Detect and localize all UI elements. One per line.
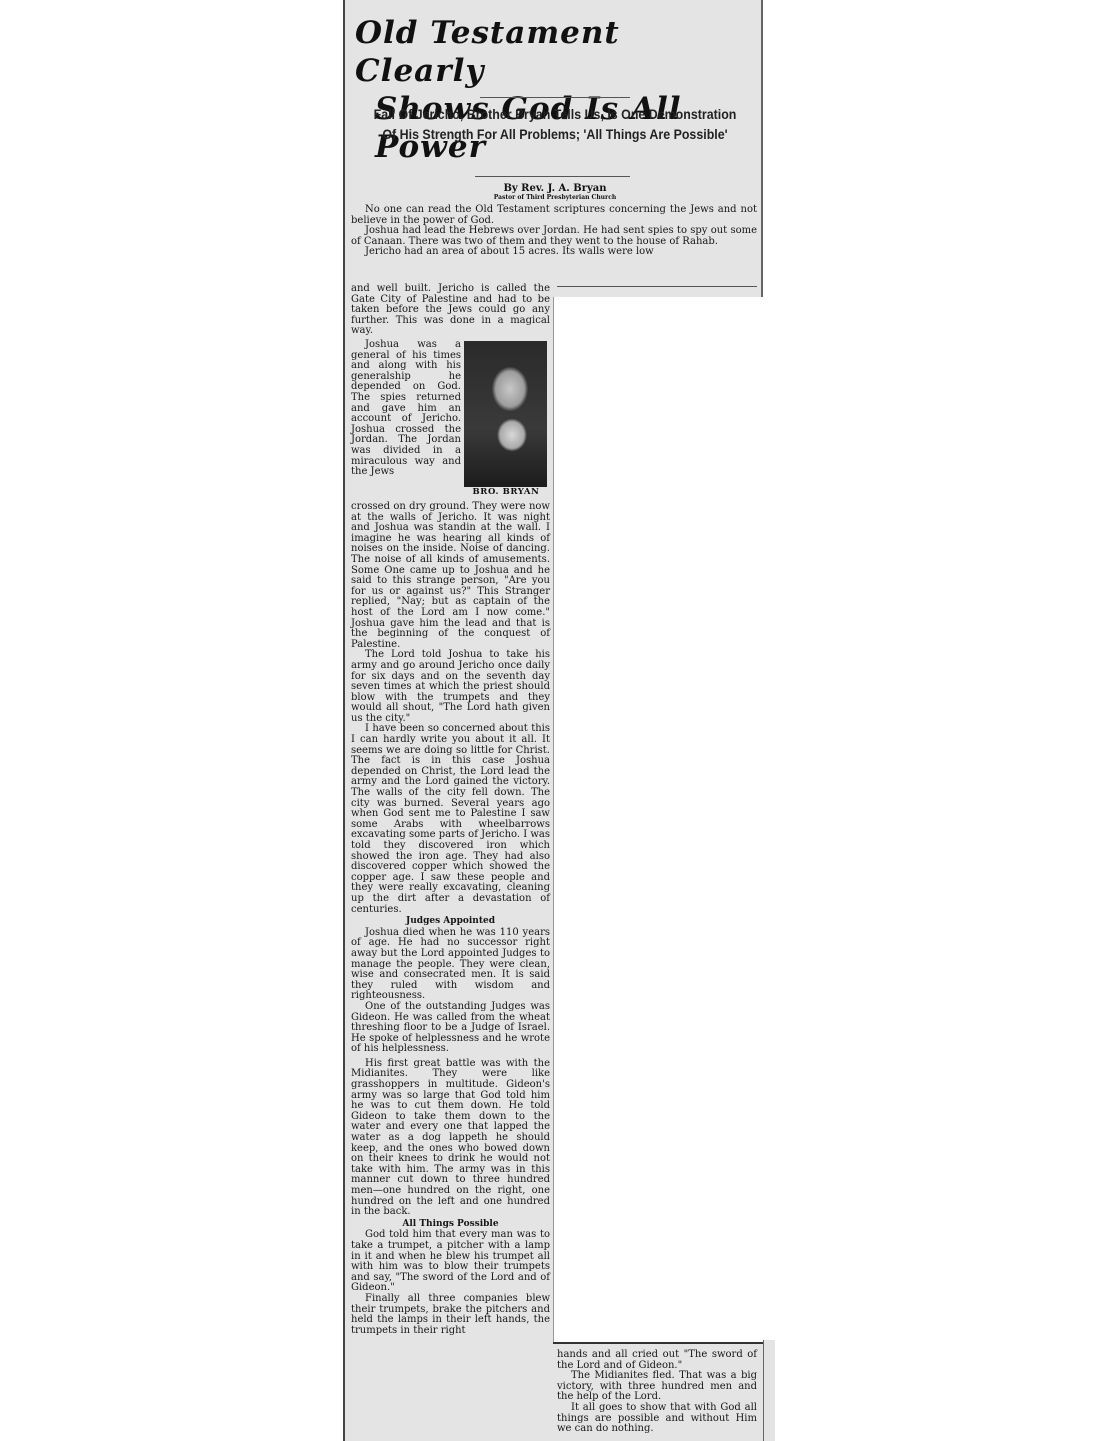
paragraph: His first great battle was with the Midi…: [351, 1059, 550, 1218]
subhead-judges: Judges Appointed: [351, 916, 550, 927]
col2-text: hands and all cried out "The sword of th…: [557, 1350, 757, 1435]
paragraph: It all goes to show that with God all th…: [557, 1403, 757, 1435]
paragraph: I have been so concerned about this I ca…: [351, 724, 550, 915]
subhead-all-things: All Things Possible: [351, 1219, 550, 1230]
paragraph: Joshua was a general of his times and al…: [351, 340, 461, 478]
author-photo: BRO. BRYAN: [464, 341, 547, 488]
intro-text: No one can read the Old Testament script…: [351, 205, 757, 258]
paragraph: God told him that every man was to take …: [351, 1230, 550, 1294]
divider-rule: [475, 176, 630, 177]
paragraph: crossed on dry ground. They were now at …: [351, 502, 550, 650]
author-title: Pastor of Third Presbyterian Church: [350, 194, 760, 201]
divider-rule: [557, 286, 757, 287]
paragraph: Joshua had lead the Hebrews over Jordan.…: [351, 226, 757, 247]
paragraph: Finally all three companies blew their t…: [351, 1294, 550, 1336]
paragraph: and well built. Jericho is called the Ga…: [351, 284, 550, 337]
author-name: By Rev. J. A. Bryan: [350, 183, 760, 194]
paragraph: hands and all cried out "The sword of th…: [557, 1350, 757, 1371]
deck-subheadline: Fall Of Jericho, Brother Bryan Tells Us,…: [366, 105, 743, 145]
paragraph: Jericho had an area of about 15 acres. I…: [351, 247, 757, 258]
byline: By Rev. J. A. Bryan Pastor of Third Pres…: [350, 183, 760, 201]
paragraph: No one can read the Old Testament script…: [351, 205, 757, 226]
photo-caption: BRO. BRYAN: [458, 487, 554, 497]
col1-top-text: and well built. Jericho is called the Ga…: [351, 284, 550, 337]
adjacent-column-edge: [763, 1340, 775, 1441]
portrait-image: [464, 341, 547, 487]
divider-rule: [480, 97, 630, 98]
headline-line-1: Old Testament Clearly: [355, 14, 760, 90]
col1-narrow-text: Joshua was a general of his times and al…: [351, 340, 461, 478]
paragraph: Joshua died when he was 110 years of age…: [351, 928, 550, 1002]
col1-main-text: crossed on dry ground. They were now at …: [351, 502, 550, 1336]
paragraph: The Lord told Joshua to take his army an…: [351, 650, 550, 724]
paragraph: The Midianites fled. That was a big vict…: [557, 1371, 757, 1403]
paragraph: One of the outstanding Judges was Gideon…: [351, 1002, 550, 1055]
